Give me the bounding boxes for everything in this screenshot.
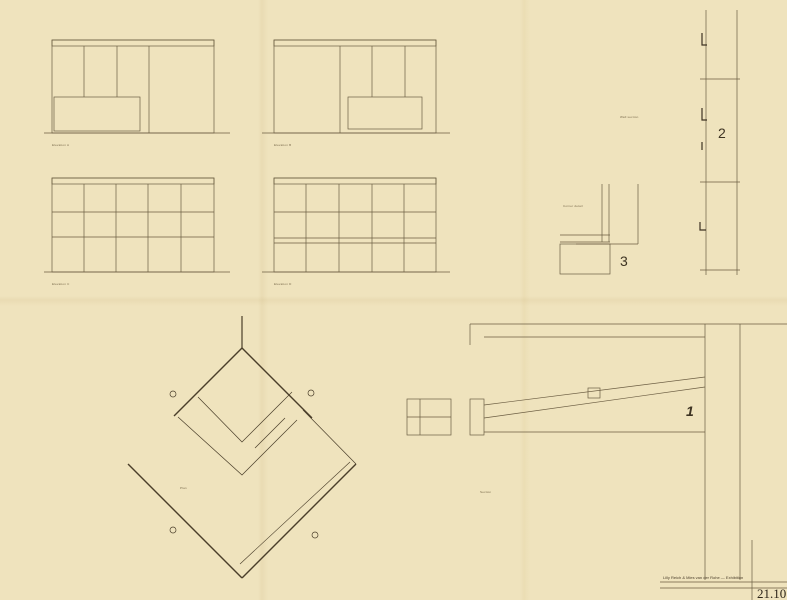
detail-number-2: 2 xyxy=(718,125,726,141)
sheet-number: 21.10 xyxy=(757,586,786,600)
elevation-d-label: Elevation D xyxy=(274,282,292,286)
elevation-c xyxy=(44,178,230,272)
detail-number-3: 3 xyxy=(620,253,628,269)
title-block-text: Lilly Reich & Mies van der Rohe — Exhibi… xyxy=(663,575,743,580)
drawing-linework xyxy=(0,0,787,600)
detail-number-1: 1 xyxy=(686,403,694,419)
detail-3-label: Corner detail xyxy=(563,204,583,208)
detail-1-label: Section xyxy=(480,490,491,494)
elevation-b xyxy=(262,40,450,133)
plan-label: Plan xyxy=(180,486,187,490)
detail-2-label: Wall section xyxy=(620,115,638,119)
plan-view xyxy=(128,316,356,578)
detail-1 xyxy=(407,324,787,580)
elevation-d xyxy=(262,178,450,272)
elevation-a-label: Elevation A xyxy=(52,143,69,147)
elevation-b-label: Elevation B xyxy=(274,143,291,147)
elevation-a xyxy=(44,40,230,133)
detail-2 xyxy=(700,10,740,275)
drawing-sheet: Elevation A Elevation B Elevation C Elev… xyxy=(0,0,787,600)
elevation-c-label: Elevation C xyxy=(52,282,70,286)
